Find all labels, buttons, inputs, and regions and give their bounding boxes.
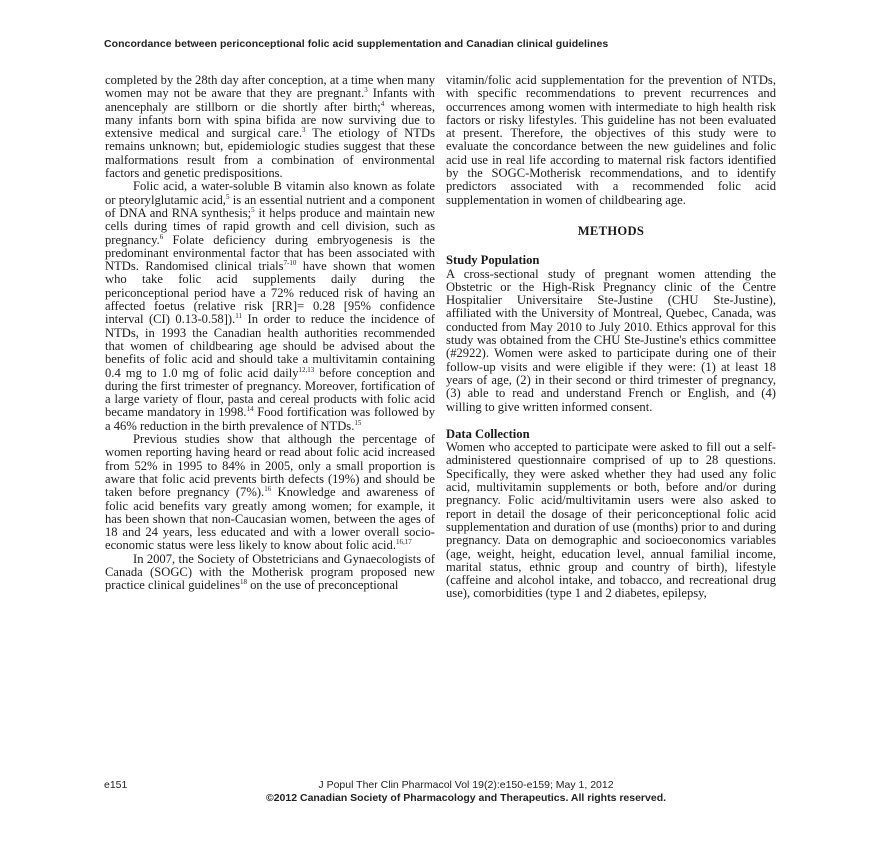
citation-ref: 15 [354, 419, 361, 427]
citation-ref: 7-10 [284, 259, 297, 267]
subheading-study-population: Study Population [446, 254, 776, 267]
subheading-data-collection: Data Collection [446, 428, 776, 441]
paragraph-sogc: In 2007, the Society of Obstetricians an… [105, 553, 435, 593]
journal-citation: J Popul Ther Clin Pharmacol Vol 19(2):e1… [236, 779, 696, 792]
right-column: vitamin/folic acid supplementation for t… [446, 74, 776, 601]
paragraph-objectives: vitamin/folic acid supplementation for t… [446, 74, 776, 207]
running-title: Concordance between periconceptional fol… [104, 38, 608, 50]
paragraph-ntd-intro: completed by the 28th day after concepti… [105, 74, 435, 180]
section-title-methods: METHODS [446, 225, 776, 238]
spacer [446, 414, 776, 428]
citation-ref: 18 [240, 578, 247, 586]
paragraph-folic-acid: Folic acid, a water-soluble B vitamin al… [105, 180, 435, 433]
paragraph-data-collection: Women who accepted to participate were a… [446, 441, 776, 601]
citation-ref: 11 [235, 312, 242, 320]
left-column: completed by the 28th day after concepti… [105, 74, 435, 593]
paragraph-previous-studies: Previous studies show that although the … [105, 433, 435, 553]
paragraph-study-population: A cross-sectional study of pregnant wome… [446, 268, 776, 414]
text: on the use of preconceptional [247, 578, 398, 592]
citation-ref: 14 [247, 405, 254, 413]
citation-ref: 16,17 [396, 538, 412, 546]
copyright-notice: ©2012 Canadian Society of Pharmacology a… [236, 792, 696, 805]
footer-citation: J Popul Ther Clin Pharmacol Vol 19(2):e1… [236, 779, 696, 805]
citation-ref: 12,13 [299, 365, 315, 373]
page-number: e151 [104, 779, 127, 791]
